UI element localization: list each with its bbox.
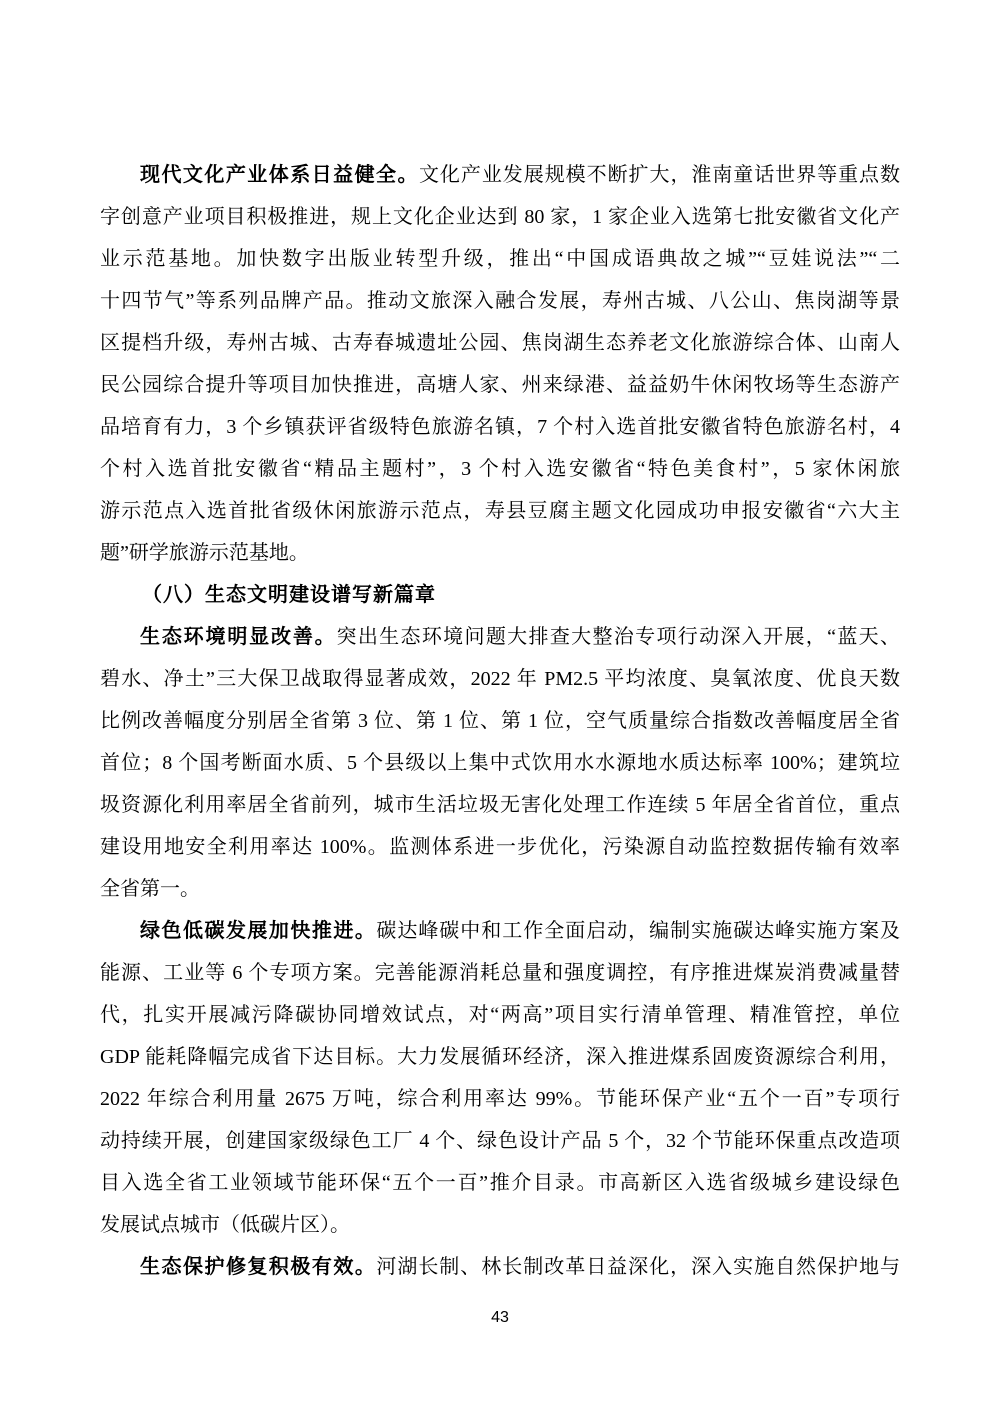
para-lowcarbon-line-1: 绿色低碳发展加快推进。碳达峰碳中和工作全面启动，编制实施碳达峰实施方案及	[100, 910, 900, 952]
para-ecoprotect-line-1-text: 河湖长制、林长制改革日益深化，深入实施自然保护地与	[376, 1256, 900, 1278]
para-culture-line-1: 现代文化产业体系日益健全。文化产业发展规模不断扩大，淮南童话世界等重点数	[100, 154, 900, 196]
document-text-block: 现代文化产业体系日益健全。文化产业发展规模不断扩大，淮南童话世界等重点数 字创意…	[100, 154, 900, 1288]
para-culture-line-4: 十四节气”等系列品牌产品。推动文旅深入融合发展，寿州古城、八公山、焦岗湖等景	[100, 280, 900, 322]
para-culture-line-6: 民公园综合提升等项目加快推进，高塘人家、州来绿港、益益奶牛休闲牧场等生态游产	[100, 364, 900, 406]
para-lowcarbon-line-4: GDP 能耗降幅完成省下达目标。大力发展循环经济，深入推进煤系固废资源综合利用，	[100, 1036, 900, 1078]
para-ecoprotect-lead: 生态保护修复积极有效。	[140, 1256, 376, 1278]
para-environment-line-2: 碧水、净土”三大保卫战取得显著成效，2022 年 PM2.5 平均浓度、臭氧浓度…	[100, 658, 900, 700]
para-culture-line-8: 个村入选首批安徽省“精品主题村”，3 个村入选安徽省“特色美食村”，5 家休闲旅	[100, 448, 900, 490]
para-culture-lead: 现代文化产业体系日益健全。	[140, 164, 419, 186]
para-lowcarbon-line-1-text: 碳达峰碳中和工作全面启动，编制实施碳达峰实施方案及	[376, 920, 900, 942]
para-lowcarbon-line-6: 动持续开展，创建国家级绿色工厂 4 个、绿色设计产品 5 个，32 个节能环保重…	[100, 1120, 900, 1162]
para-lowcarbon-line-7: 目入选全省工业领域节能环保“五个一百”推介目录。市高新区入选省级城乡建设绿色	[100, 1162, 900, 1204]
section-8-heading: （八）生态文明建设谱写新篇章	[100, 574, 900, 616]
para-environment-line-4: 首位；8 个国考断面水质、5 个县级以上集中式饮用水水源地水质达标率 100%；…	[100, 742, 900, 784]
document-page: 现代文化产业体系日益健全。文化产业发展规模不断扩大，淮南童话世界等重点数 字创意…	[0, 0, 1000, 1415]
para-environment-line-1: 生态环境明显改善。突出生态环境问题大排查大整治专项行动深入开展，“蓝天、	[100, 616, 900, 658]
para-environment-lead: 生态环境明显改善。	[140, 626, 337, 648]
para-lowcarbon-line-2: 能源、工业等 6 个专项方案。完善能源消耗总量和强度调控，有序推进煤炭消费减量替	[100, 952, 900, 994]
para-environment-line-7: 全省第一。	[100, 868, 900, 910]
para-culture-line-1-text: 文化产业发展规模不断扩大，淮南童话世界等重点数	[419, 164, 900, 186]
page-number: 43	[0, 1309, 1000, 1327]
para-culture-line-2: 字创意产业项目积极推进，规上文化企业达到 80 家，1 家企业入选第七批安徽省文…	[100, 196, 900, 238]
para-culture-line-3: 业示范基地。加快数字出版业转型升级，推出“中国成语典故之城”“豆娃说法”“二	[100, 238, 900, 280]
para-environment-line-3: 比例改善幅度分别居全省第 3 位、第 1 位、第 1 位，空气质量综合指数改善幅…	[100, 700, 900, 742]
para-culture-line-10: 题”研学旅游示范基地。	[100, 532, 900, 574]
para-lowcarbon-line-5: 2022 年综合利用量 2675 万吨，综合利用率达 99%。节能环保产业“五个…	[100, 1078, 900, 1120]
para-lowcarbon-line-3: 代，扎实开展减污降碳协同增效试点，对“两高”项目实行清单管理、精准管控，单位	[100, 994, 900, 1036]
para-environment-line-1-text: 突出生态环境问题大排查大整治专项行动深入开展，“蓝天、	[337, 626, 901, 648]
para-ecoprotect-line-1: 生态保护修复积极有效。河湖长制、林长制改革日益深化，深入实施自然保护地与	[100, 1246, 900, 1288]
para-lowcarbon-lead: 绿色低碳发展加快推进。	[140, 920, 376, 942]
para-lowcarbon-line-8: 发展试点城市（低碳片区）。	[100, 1204, 900, 1246]
para-culture-line-7: 品培育有力，3 个乡镇获评省级特色旅游名镇，7 个村入选首批安徽省特色旅游名村，…	[100, 406, 900, 448]
para-culture-line-9: 游示范点入选首批省级休闲旅游示范点，寿县豆腐主题文化园成功申报安徽省“六大主	[100, 490, 900, 532]
para-environment-line-5: 圾资源化利用率居全省前列，城市生活垃圾无害化处理工作连续 5 年居全省首位，重点	[100, 784, 900, 826]
para-culture-line-5: 区提档升级，寿州古城、古寿春城遗址公园、焦岗湖生态养老文化旅游综合体、山南人	[100, 322, 900, 364]
para-environment-line-6: 建设用地安全利用率达 100%。监测体系进一步优化，污染源自动监控数据传输有效率	[100, 826, 900, 868]
